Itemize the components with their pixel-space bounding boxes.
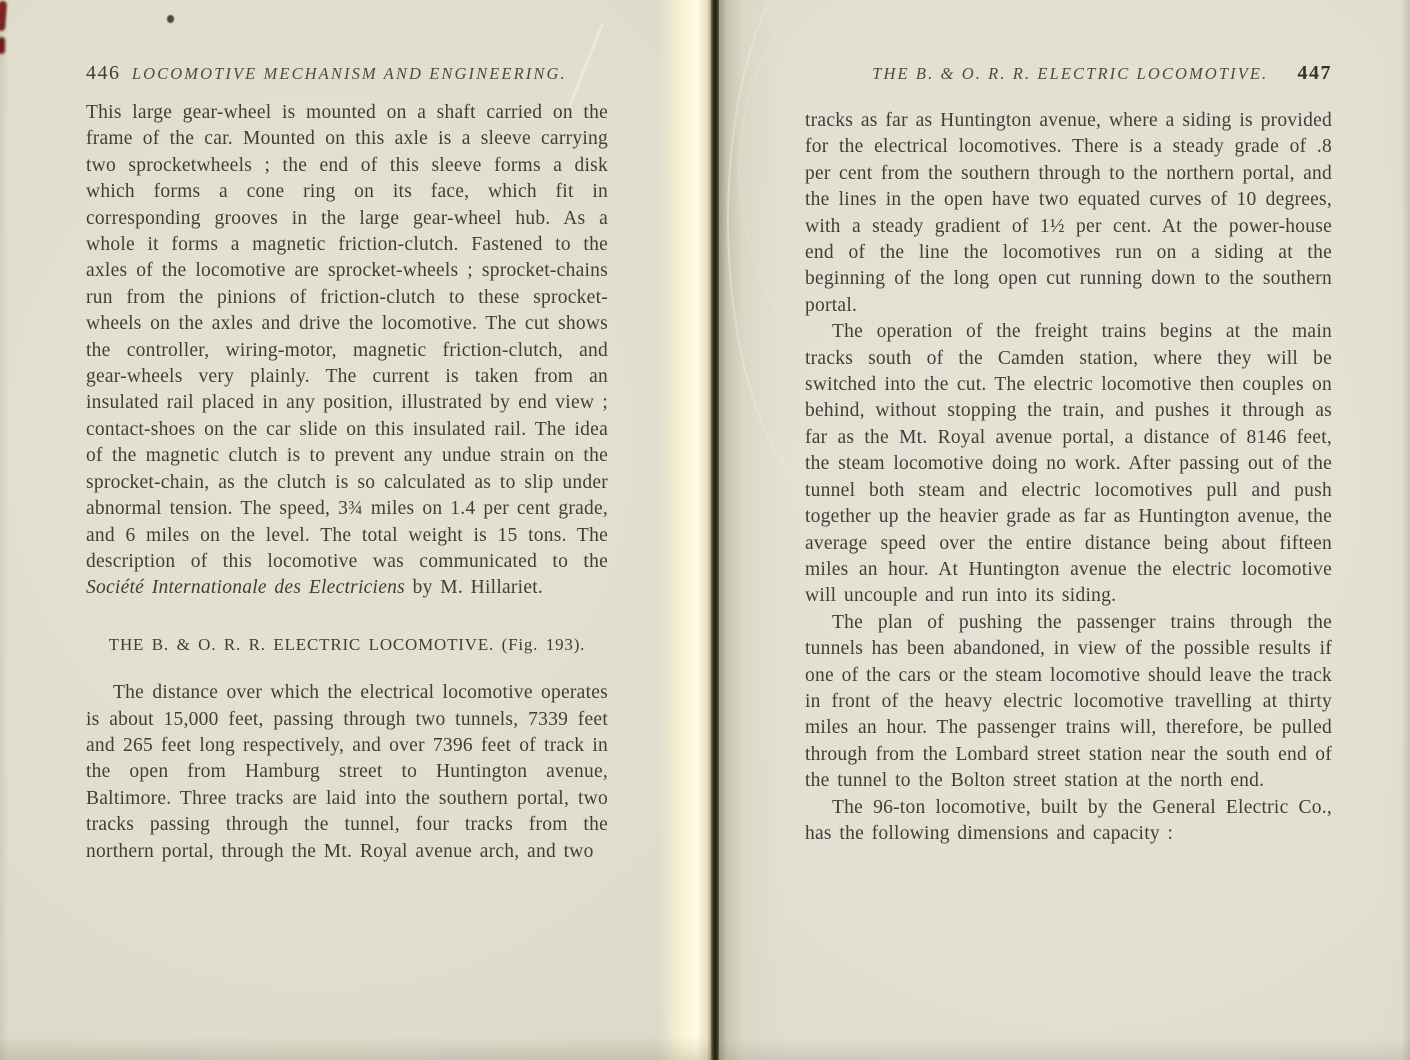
paragraph: The operation of the freight trains begi… bbox=[805, 319, 1332, 609]
italic-journal-name: Société Internationale des Electriciens bbox=[86, 577, 405, 598]
red-edge-mark bbox=[0, 1, 7, 31]
book-spread: 446 LOCOMOTIVE MECHANISM AND ENGINEERING… bbox=[0, 0, 1410, 1060]
ink-speck bbox=[167, 15, 174, 23]
paragraph-text: This large gear-wheel is mounted on a sh… bbox=[86, 102, 608, 572]
right-running-title: THE B. & O. R. R. ELECTRIC LOCOMOTIVE. bbox=[843, 64, 1298, 84]
red-edge-mark bbox=[0, 37, 5, 54]
left-page-number: 446 bbox=[86, 62, 121, 85]
paragraph: The plan of pushing the passenger trains… bbox=[805, 610, 1332, 795]
right-page-body: tracks as far as Huntington avenue, wher… bbox=[805, 108, 1332, 847]
left-running-title: LOCOMOTIVE MECHANISM AND ENGINEERING. bbox=[121, 64, 579, 84]
paragraph: The distance over which the electrical l… bbox=[86, 680, 608, 865]
left-page: 446 LOCOMOTIVE MECHANISM AND ENGINEERING… bbox=[0, 0, 711, 1060]
left-page-body: This large gear-wheel is mounted on a sh… bbox=[86, 100, 608, 865]
right-page-header: THE B. & O. R. R. ELECTRIC LOCOMOTIVE. 4… bbox=[805, 62, 1332, 85]
right-page-number: 447 bbox=[1298, 62, 1333, 85]
paragraph: The 96-ton locomotive, built by the Gene… bbox=[805, 795, 1332, 848]
book-gutter bbox=[711, 0, 719, 1060]
right-page: THE B. & O. R. R. ELECTRIC LOCOMOTIVE. 4… bbox=[719, 0, 1410, 1060]
paragraph-continuation: This large gear-wheel is mounted on a sh… bbox=[86, 100, 608, 602]
scanned-book-page: { "left_page": { "page_number": "446", "… bbox=[0, 0, 1410, 1060]
left-page-header: 446 LOCOMOTIVE MECHANISM AND ENGINEERING… bbox=[86, 62, 608, 85]
paragraph-continuation: tracks as far as Huntington avenue, wher… bbox=[805, 108, 1332, 319]
paragraph-text: by M. Hillariet. bbox=[405, 577, 543, 598]
section-heading: THE B. & O. R. R. ELECTRIC LOCOMOTIVE. (… bbox=[86, 632, 608, 658]
